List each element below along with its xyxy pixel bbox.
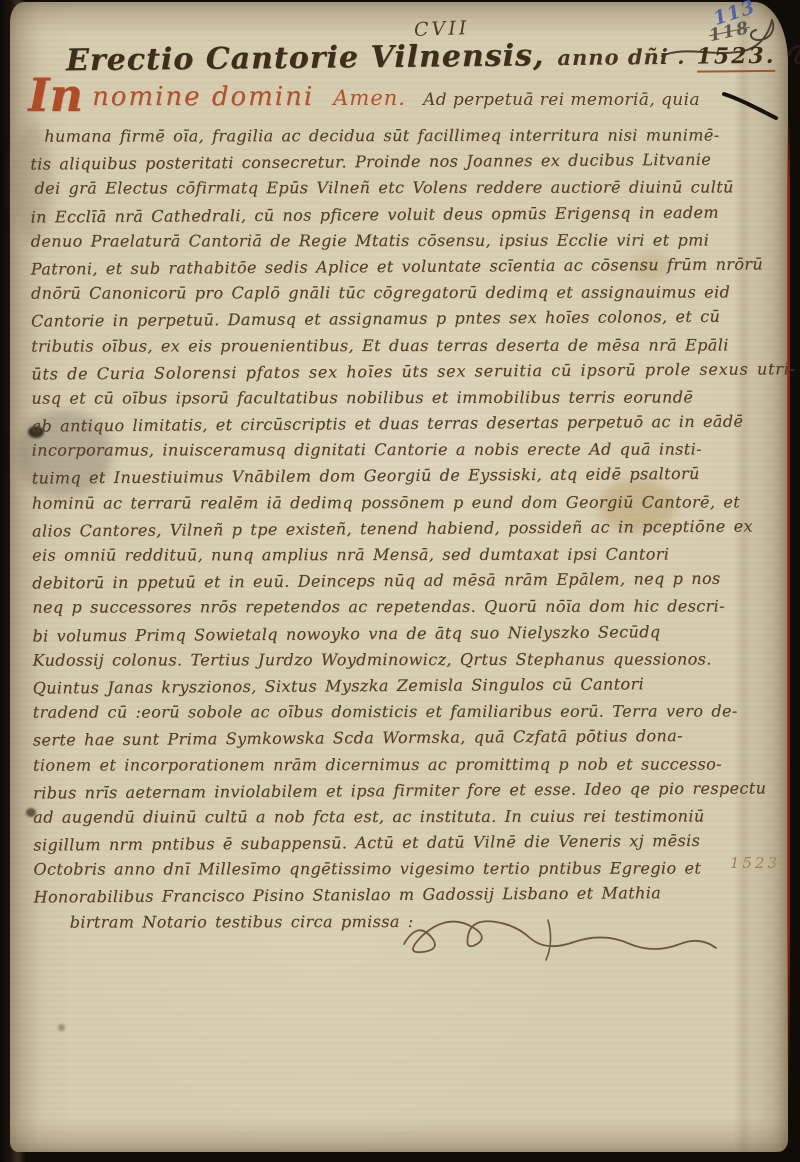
manuscript-line: neq p successores nrōs repetendos ac rep… xyxy=(32,597,754,624)
title-year: 1523. xyxy=(696,43,775,73)
margin-year-note: 1523 xyxy=(730,854,780,872)
manuscript-line: denuo Praelaturā Cantoriā de Regie Mtati… xyxy=(31,230,753,257)
manuscript-line: tributis oībus, ex eis prouenientibus, E… xyxy=(31,335,753,362)
title-anno-domini: anno dñi . xyxy=(557,44,685,70)
manuscript-line: tradend cū :eorū sobole ac oībus domisti… xyxy=(33,701,755,728)
manuscript-line: Octobris anno dnī Millesīmo qngētissimo … xyxy=(33,859,755,886)
manuscript-line: tionem et incorporationem nrām dicernimu… xyxy=(33,754,755,781)
manuscript-line: Quintus Janas kryszionos, Sixtus Myszka … xyxy=(33,673,755,704)
manuscript-line: bi volumus Primq Sowietalq nowoyko vna d… xyxy=(32,621,754,652)
manuscript-line: in Ecclīā nrā Cathedrali, cū nos pficere… xyxy=(31,202,753,233)
manuscript-line: humana firmē oīa, fragilia ac decidua sū… xyxy=(30,125,752,152)
manuscript-line: eis omniū reddituū, nunq amplius nrā Men… xyxy=(32,544,754,571)
rubric-text: nomine domini xyxy=(92,82,314,112)
manuscript-line: Cantorie in perpetuū. Damusq et assignam… xyxy=(31,307,753,338)
manuscript-line: Kudossij colonus. Tertius Jurdzo Woydmin… xyxy=(33,649,755,676)
title-knot-flourish xyxy=(784,34,800,69)
manuscript-line: dnōrū Canonicorū pro Caplō gnāli tūc cōg… xyxy=(31,282,753,309)
manuscript-line: ab antiquo limitatis, et circūscriptis e… xyxy=(31,412,753,443)
incipit-continuation: Ad perpetuā rei memoriā, quia xyxy=(423,90,700,110)
manuscript-line: dei grā Electus cōfirmatq Epūs Vilneñ et… xyxy=(30,178,752,205)
manuscript-line: ribus nrīs aeternam inviolabilem et ipsa… xyxy=(33,778,755,809)
manuscript-page: CVII 113 118 Erectio Cantorie Vilnensis,… xyxy=(10,2,788,1152)
manuscript-line: usq et cū oībus ipsorū facultatibus nobi… xyxy=(31,387,753,414)
manuscript-line: alios Cantores, Vilneñ p tpe existeñ, te… xyxy=(32,516,754,547)
manuscript-line: hominū ac terrarū realēm iā dedimq possō… xyxy=(32,492,754,519)
rubric-amen: Amen. xyxy=(333,86,406,110)
closing-flourish-paraph xyxy=(398,910,728,980)
title-line: Erectio Cantorie Vilnensis, anno dñi . 1… xyxy=(66,34,800,79)
ink-speck xyxy=(58,1024,65,1031)
manuscript-line: sigillum nrm pntibus ē subappensū. Actū … xyxy=(33,831,755,862)
manuscript-line: debitorū in ppetuū et in euū. Deinceps n… xyxy=(32,569,754,600)
manuscript-line: incorporamus, inuisceramusq dignitati Ca… xyxy=(32,440,754,467)
manuscript-line: tuimq et Inuestiuimus Vnābilem dom Georg… xyxy=(32,464,754,495)
incipit-line: In nomine domini Amen. Ad perpetuā rei m… xyxy=(28,82,700,112)
manuscript-line: Patroni, et sub rathabitōe sedis Aplice … xyxy=(31,254,753,285)
manuscript-photo: CVII 113 118 Erectio Cantorie Vilnensis,… xyxy=(0,0,800,1162)
title-text: Erectio Cantorie Vilnensis, xyxy=(66,38,545,78)
manuscript-body: humana firmē oīa, fragilia ac decidua sū… xyxy=(30,124,756,939)
manuscript-line: tis aliquibus posteritati consecretur. P… xyxy=(30,150,752,181)
manuscript-line: ūts de Curia Solorensi pfatos sex hoīes … xyxy=(31,359,753,390)
manuscript-line: ad augendū diuinū cultū a nob fcta est, … xyxy=(33,806,755,833)
ink-stroke-mark xyxy=(720,90,780,122)
manuscript-line: serte hae sunt Prima Symkowska Scda Worm… xyxy=(33,726,755,757)
